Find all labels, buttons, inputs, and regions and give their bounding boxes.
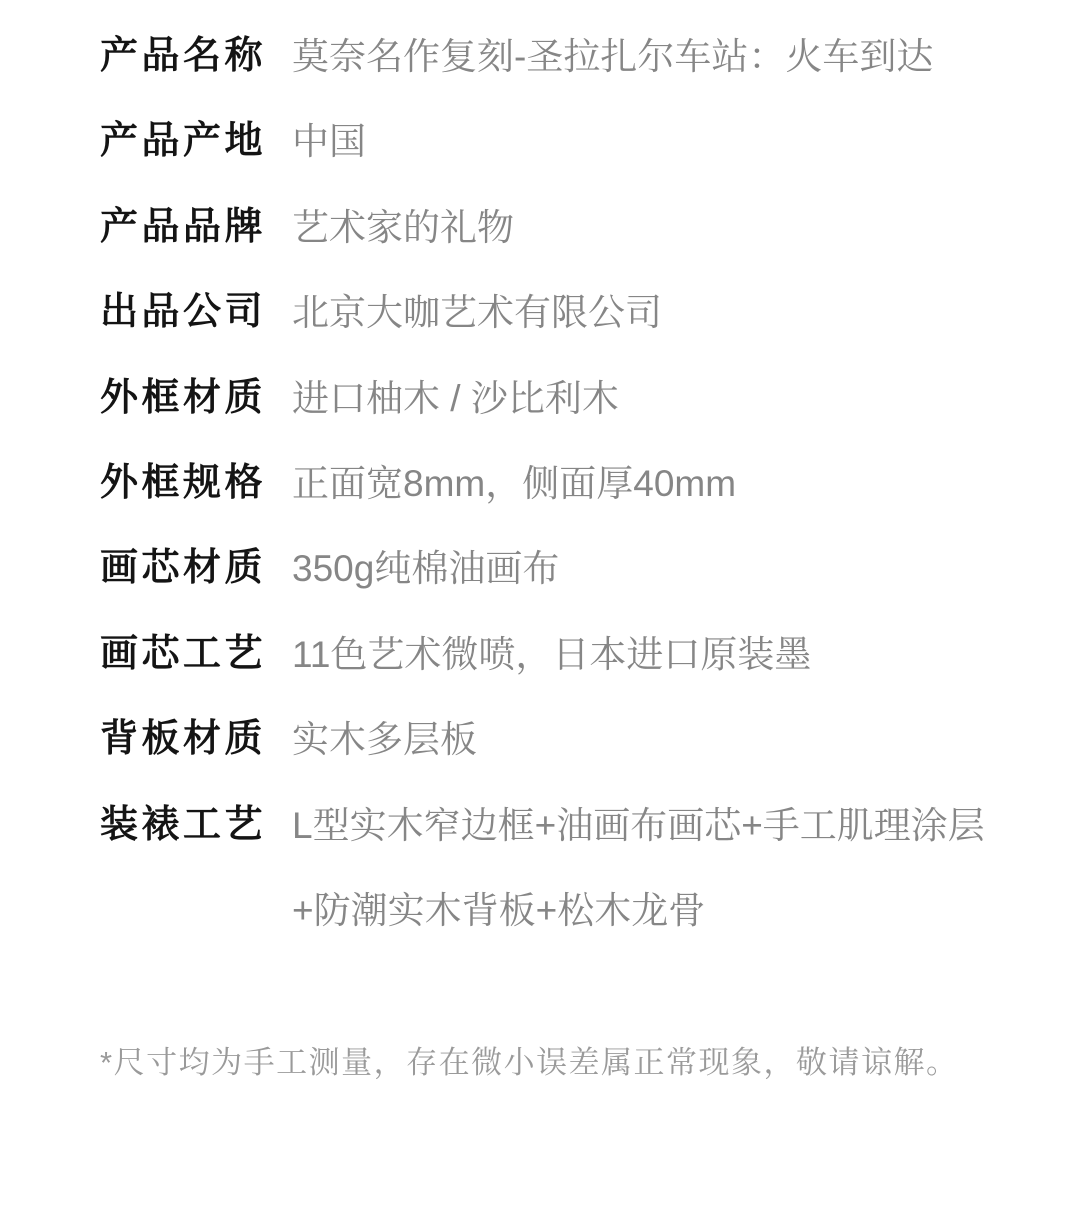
spec-value: 进口柚木 / 沙比利木 [292, 356, 1045, 441]
spec-value: 11色艺术微喷，日本进口原装墨 [292, 612, 1045, 697]
spec-label: 画芯材质 [100, 526, 266, 611]
spec-row-frame-material: 外框材质 进口柚木 / 沙比利木 [100, 356, 1045, 441]
spec-value-text: 11色艺术微喷，日本进口原装墨 [292, 612, 1045, 697]
spec-value-text-line1: L型实木窄边框+油画布画芯+手工肌理涂层 [292, 783, 1045, 868]
spec-value-text: 实木多层板 [292, 697, 1045, 782]
spec-label: 产品品牌 [100, 185, 266, 270]
spec-value: 正面宽8mm，侧面厚40mm [292, 441, 1045, 526]
spec-value: 350g纯棉油画布 [292, 526, 1045, 611]
spec-value-text: 艺术家的礼物 [292, 185, 1045, 270]
spec-value: 艺术家的礼物 [292, 185, 1045, 270]
spec-value-text: 北京大咖艺术有限公司 [292, 270, 1045, 355]
measurement-disclaimer: *尺寸均为手工测量，存在微小误差属正常现象，敬请谅解。 [0, 1047, 1080, 1079]
spec-value-text: 350g纯棉油画布 [292, 526, 1045, 611]
spec-label: 画芯工艺 [100, 612, 266, 697]
spec-row-backboard-material: 背板材质 实木多层板 [100, 697, 1045, 782]
spec-row-origin: 产品产地 中国 [100, 99, 1045, 184]
spec-row-mounting-process: 装裱工艺 L型实木窄边框+油画布画芯+手工肌理涂层+防潮实木背板+松木龙骨 [100, 783, 1045, 954]
spec-row-frame-size: 外框规格 正面宽8mm，侧面厚40mm [100, 441, 1045, 526]
spec-value-text: 中国 [292, 99, 1045, 184]
spec-value: 实木多层板 [292, 697, 1045, 782]
spec-value: 莫奈名作复刻-圣拉扎尔车站：火车到达 [292, 14, 1045, 99]
spec-label: 装裱工艺 [100, 783, 266, 868]
spec-label: 产品名称 [100, 14, 266, 99]
spec-row-company: 出品公司 北京大咖艺术有限公司 [100, 270, 1045, 355]
spec-label: 出品公司 [100, 270, 266, 355]
spec-value-text: 正面宽8mm，侧面厚40mm [292, 441, 1045, 526]
spec-value-text-line2: +防潮实木背板+松木龙骨 [292, 868, 1045, 953]
spec-label: 外框规格 [100, 441, 266, 526]
product-spec-table: 产品名称 莫奈名作复刻-圣拉扎尔车站：火车到达 产品产地 中国 产品品牌 艺术家… [0, 0, 1080, 953]
spec-row-print-process: 画芯工艺 11色艺术微喷，日本进口原装墨 [100, 612, 1045, 697]
spec-row-brand: 产品品牌 艺术家的礼物 [100, 185, 1045, 270]
spec-value: L型实木窄边框+油画布画芯+手工肌理涂层+防潮实木背板+松木龙骨 [292, 783, 1045, 954]
spec-value-text: 进口柚木 / 沙比利木 [292, 356, 1045, 441]
spec-value-text: 莫奈名作复刻-圣拉扎尔车站：火车到达 [292, 14, 1045, 99]
spec-label: 外框材质 [100, 356, 266, 441]
spec-row-product-name: 产品名称 莫奈名作复刻-圣拉扎尔车站：火车到达 [100, 14, 1045, 99]
spec-value: 中国 [292, 99, 1045, 184]
spec-value: 北京大咖艺术有限公司 [292, 270, 1045, 355]
spec-label: 产品产地 [100, 99, 266, 184]
spec-row-canvas-material: 画芯材质 350g纯棉油画布 [100, 526, 1045, 611]
spec-label: 背板材质 [100, 697, 266, 782]
